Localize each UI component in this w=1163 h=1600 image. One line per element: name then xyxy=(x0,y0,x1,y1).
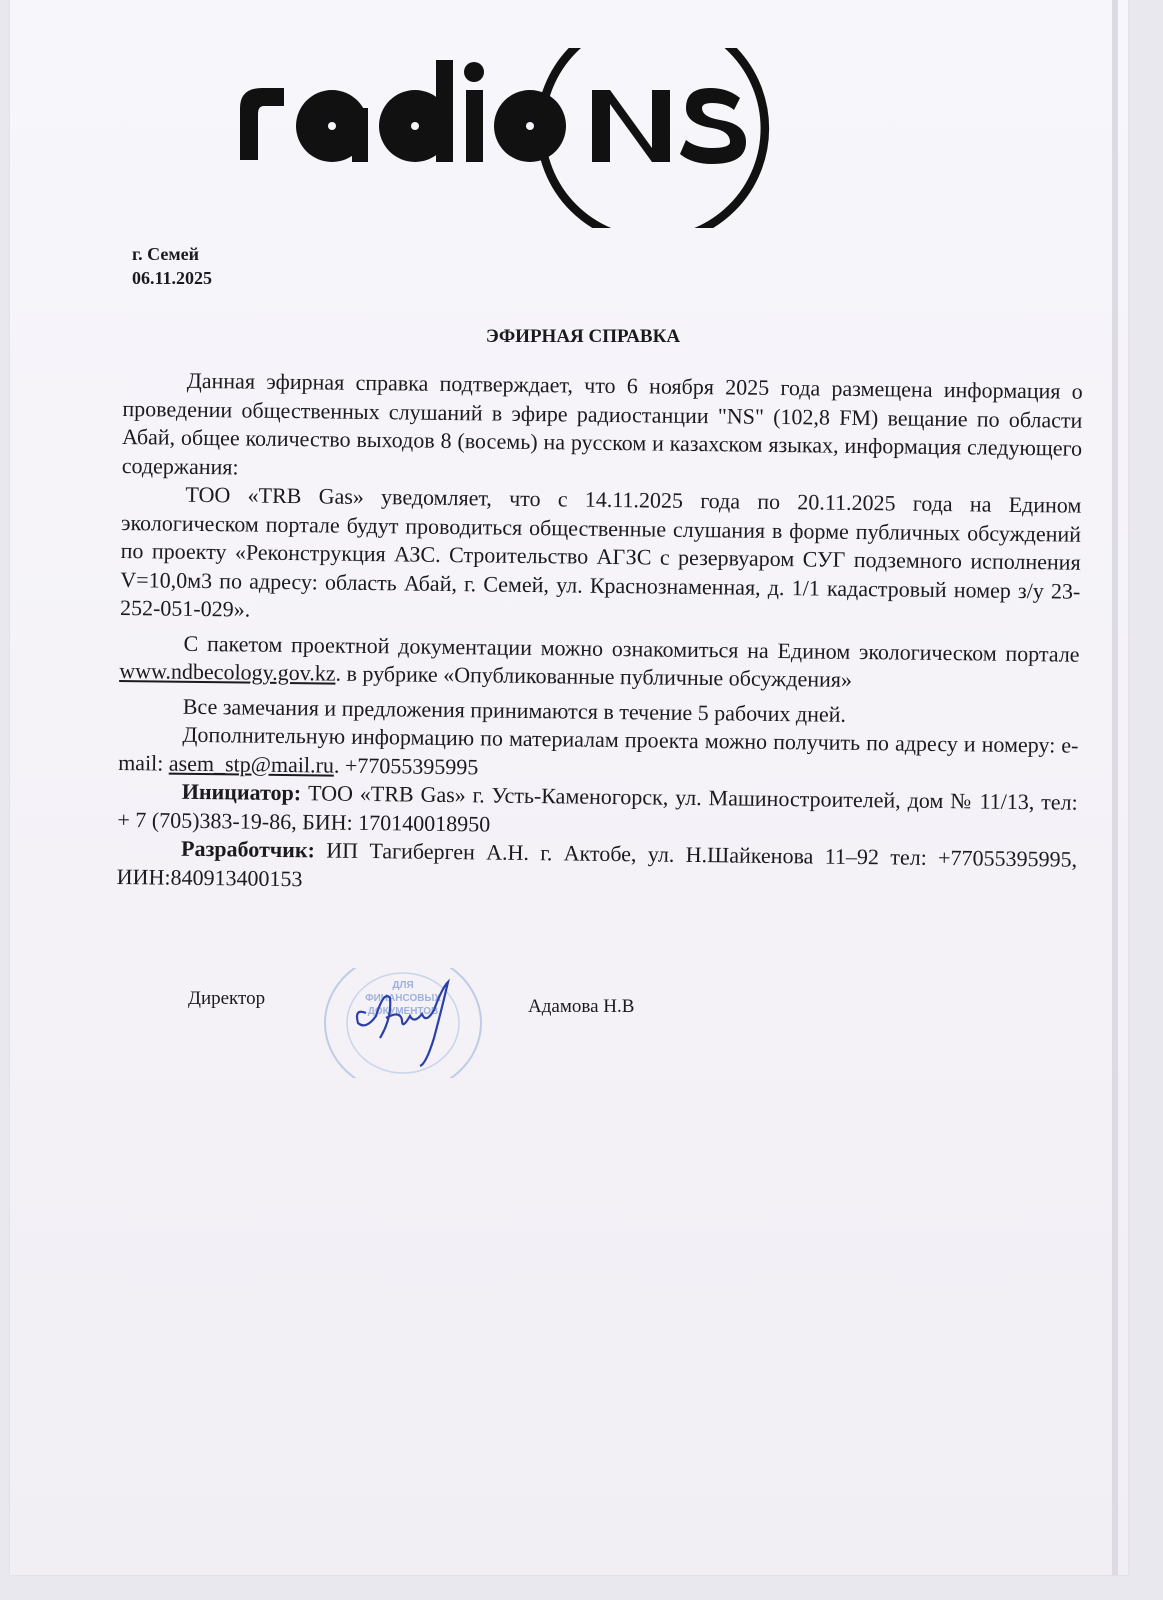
portal-link[interactable]: www.ndbecology.gov.kz xyxy=(119,658,336,686)
radio-ns-logo-icon xyxy=(240,48,860,228)
paragraph-announcement: ТОО «TRB Gas» уведомляет, что с 14.11.20… xyxy=(120,480,1082,634)
paragraph-documentation: С пакетом проектной документации можно о… xyxy=(119,628,1080,697)
initiator-label: Инициатор: xyxy=(182,779,302,805)
paragraph-developer: Разработчик: ИП Тагиберген А.Н. г. Актоб… xyxy=(117,834,1078,903)
document-body: Данная эфирная справка подтверждает, что… xyxy=(117,366,1083,903)
paragraph-intro: Данная эфирная справка подтверждает, что… xyxy=(122,366,1083,492)
stamp-icon: ДЛЯ ФИНАНСОВЫХ ДОКУМЕНТОВ xyxy=(318,968,488,1078)
paragraph-text: . +77055395995 xyxy=(334,752,479,779)
email-link[interactable]: asem_stp@mail.ru xyxy=(169,750,334,777)
page-title: ЭФИРНАЯ СПРАВКА xyxy=(10,326,1128,348)
city: г. Семей xyxy=(132,242,212,266)
svg-text:ФИНАНСОВЫХ: ФИНАНСОВЫХ xyxy=(365,993,441,1004)
document-page: г. Семей 06.11.2025 ЭФИРНАЯ СПРАВКА Данн… xyxy=(10,0,1128,1575)
date: 06.11.2025 xyxy=(132,266,212,290)
signatory-name: Адамова Н.В xyxy=(528,996,634,1018)
paragraph-text: . в рубрике «Опубликованные публичные об… xyxy=(335,661,852,692)
header-meta: г. Семей 06.11.2025 xyxy=(132,242,212,290)
developer-label: Разработчик: xyxy=(181,836,315,863)
signature-block: Директор ДЛЯ ФИНАНСОВЫХ ДОКУМЕНТОВ Адамо… xyxy=(188,988,748,1078)
signatory-role: Директор xyxy=(188,988,265,1010)
svg-text:ДЛЯ: ДЛЯ xyxy=(392,980,413,991)
